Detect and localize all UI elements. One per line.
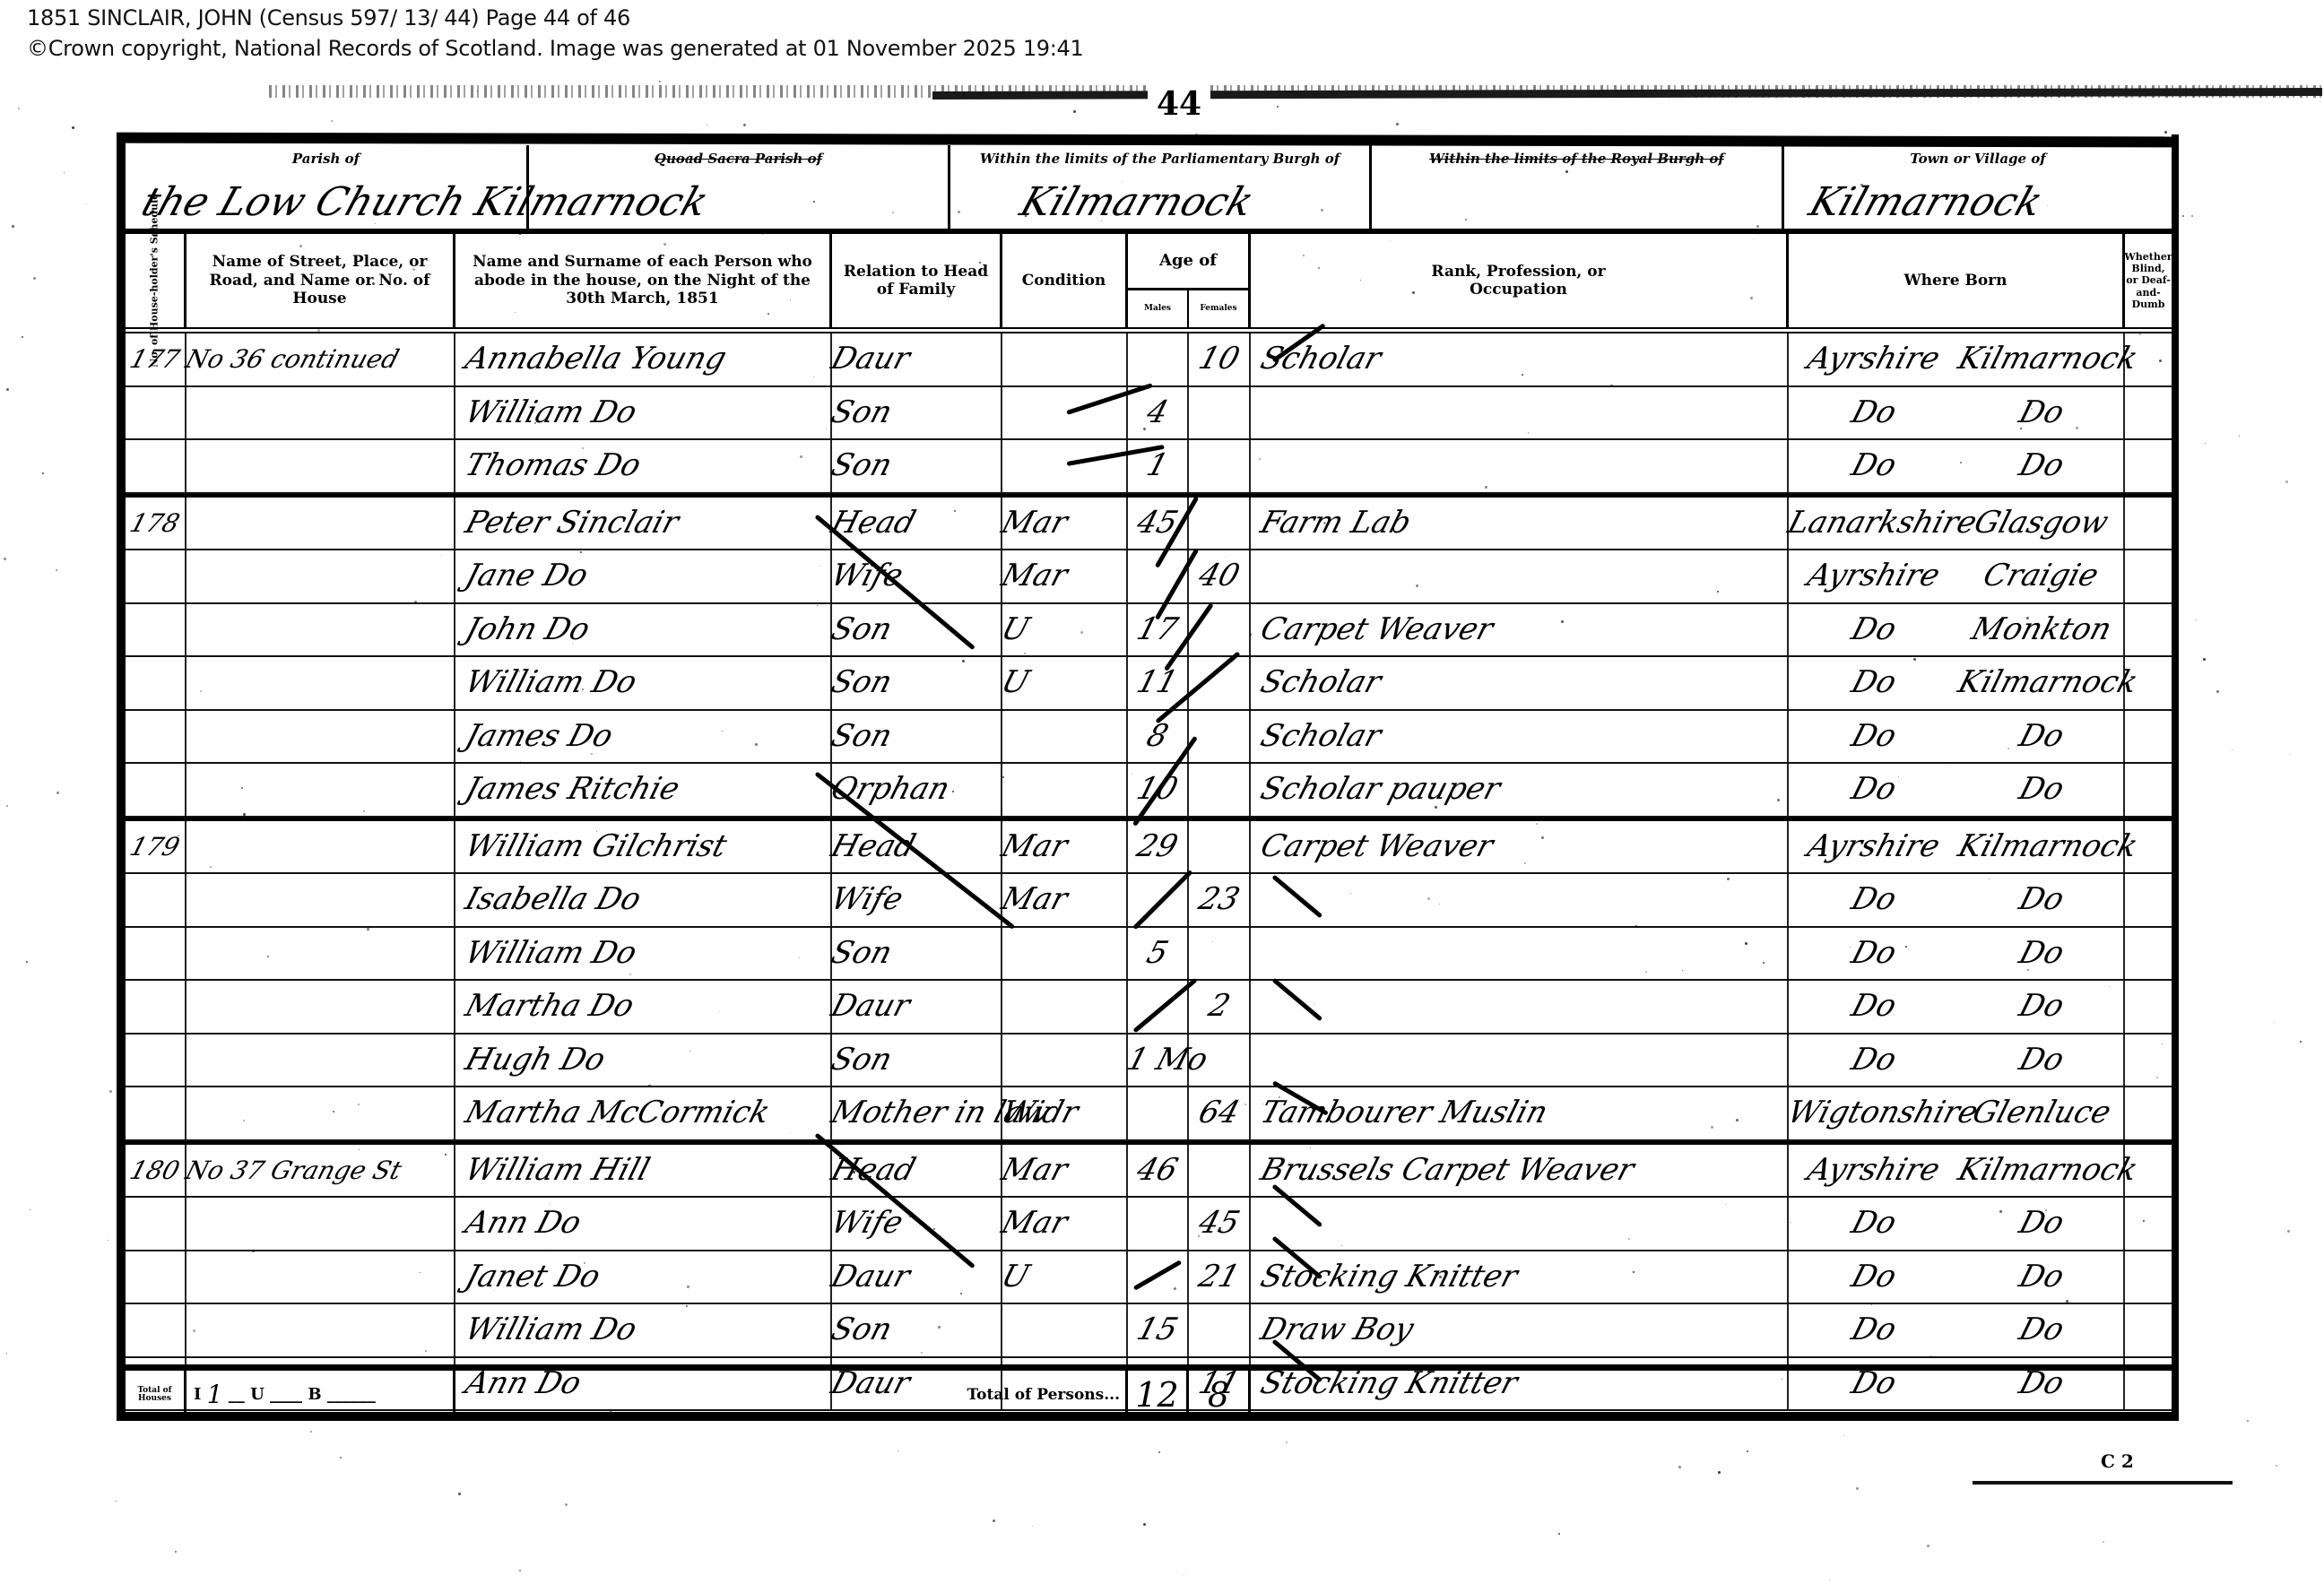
- birth-parish-cell: Glasgow: [1959, 498, 2125, 550]
- scan-speck: [108, 1240, 108, 1241]
- scan-speck: [1158, 1451, 1160, 1453]
- condition-cell: [1002, 440, 1128, 492]
- scan-speck: [1930, 1355, 1932, 1357]
- birth-parish-cell-text: Do: [2012, 1035, 2069, 1086]
- schedule-number-cell-text: 177: [124, 333, 186, 385]
- scan-speck: [518, 671, 520, 672]
- occupation-cell: [1251, 874, 1789, 926]
- scan-speck: [2109, 986, 2110, 987]
- scan-speck: [1565, 170, 1568, 173]
- condition-cell: [1002, 1035, 1128, 1087]
- scan-speck: [1964, 1303, 1964, 1303]
- scan-speck: [921, 1352, 923, 1354]
- scan-speck: [1153, 714, 1154, 715]
- scan-speck: [6, 388, 9, 391]
- schedule-number-cell: 180: [126, 1145, 186, 1197]
- scan-speck: [610, 1411, 611, 1413]
- scan-speck: [705, 1416, 707, 1418]
- scan-speck: [1101, 221, 1102, 221]
- scan-speck: [2066, 1300, 2068, 1303]
- birth-county-cell-text: Ayrshire: [1801, 333, 1947, 385]
- table-row: William DoSon5DoDo: [126, 928, 2172, 982]
- condition-cell-text: Mar: [995, 550, 1074, 602]
- relation-cell-text: Orphan: [825, 764, 956, 815]
- scan-speck: [689, 1051, 690, 1052]
- table-row: 180No 37 Grange StWilliam HillHeadMar46B…: [126, 1141, 2172, 1199]
- female-age-cell-text: 10: [1192, 333, 1246, 385]
- table-row: James DoSon8ScholarDoDo: [126, 711, 2172, 765]
- scan-speck: [1860, 184, 1863, 186]
- female-age-cell-text: 64: [1192, 1087, 1246, 1138]
- scan-speck: [1286, 1441, 1288, 1443]
- person-name-cell: Peter Sinclair: [455, 498, 832, 550]
- scan-speck: [2156, 1077, 2158, 1078]
- street-address-cell: [186, 387, 455, 439]
- scan-speck: [1989, 879, 1990, 879]
- col-header-occupation: Rank, Profession, or Occupation: [1251, 234, 1789, 327]
- town-village-value: Kilmarnock: [1804, 179, 2049, 225]
- scan-speck: [1725, 1204, 1726, 1205]
- scan-speck: [375, 223, 376, 224]
- occupation-cell: [1251, 1035, 1789, 1087]
- scan-speck: [425, 1350, 427, 1352]
- person-name-cell: James Do: [455, 711, 832, 763]
- scan-speck: [2159, 359, 2162, 362]
- relation-cell-text: Son: [825, 387, 898, 438]
- occupation-cell: Scholar: [1251, 657, 1789, 709]
- scan-speck: [6, 1353, 7, 1354]
- occupation-cell: Scholar: [1251, 333, 1789, 385]
- schedule-number-cell: [126, 1304, 186, 1356]
- relation-cell: Son: [832, 604, 1002, 656]
- birth-county-cell: Ayrshire: [1789, 333, 1959, 385]
- birth-county-cell: Do: [1789, 1251, 1959, 1303]
- scan-speck: [310, 1431, 312, 1433]
- condition-cell: Mar: [1002, 498, 1128, 550]
- scan-speck: [960, 1293, 962, 1294]
- blind-deaf-cell: [2125, 1145, 2172, 1197]
- occupation-cell-text: Farm Lab: [1254, 498, 1418, 549]
- birth-parish-cell-text: Kilmarnock: [1952, 821, 2144, 872]
- quoad-sacra-label: Quoad Sacra Parish of: [529, 151, 948, 167]
- birth-county-cell-text: Wigtonshire: [1782, 1087, 1984, 1138]
- relation-cell: Daur: [832, 333, 1002, 385]
- scan-speck: [909, 1216, 911, 1217]
- scan-speck: [813, 201, 815, 203]
- scan-speck: [2247, 1420, 2249, 1422]
- scan-speck: [1856, 1487, 1859, 1490]
- scan-speck: [2300, 1041, 2302, 1043]
- scan-speck: [18, 108, 20, 109]
- occupation-cell: Carpet Weaver: [1251, 604, 1789, 656]
- female-age-cell: [1189, 604, 1251, 656]
- street-address-cell: [186, 764, 455, 816]
- birth-parish-cell: Do: [1959, 1304, 2125, 1356]
- scan-speck: [762, 234, 763, 235]
- person-name-cell: William Do: [455, 657, 832, 709]
- scan-speck: [1250, 634, 1252, 636]
- scan-speck: [596, 831, 597, 832]
- table-row: William DoSonU11ScholarDoKilmarnock: [126, 657, 2172, 711]
- condition-cell: [1002, 333, 1128, 385]
- scan-speck: [1195, 134, 1198, 136]
- relation-cell-text: Son: [825, 604, 898, 655]
- table-row: John DoSonU17Carpet WeaverDoMonkton: [126, 604, 2172, 658]
- scan-speck: [1645, 971, 1647, 973]
- relation-cell-text: Wife: [825, 874, 909, 925]
- birth-county-cell-text: Do: [1845, 440, 1903, 491]
- birth-county-cell: Do: [1789, 928, 1959, 980]
- scan-speck: [790, 299, 791, 300]
- scan-speck: [2274, 1022, 2275, 1023]
- scan-speck: [254, 357, 255, 358]
- female-age-cell-text: 45: [1192, 1198, 1246, 1249]
- occupation-cell: Draw Boy: [1251, 1304, 1789, 1356]
- town-village-cell: Town or Village of Kilmarnock: [1784, 145, 2172, 229]
- person-name-cell-text: Janet Do: [459, 1251, 606, 1303]
- person-name-cell: Annabella Young: [455, 333, 832, 385]
- town-village-label: Town or Village of: [1784, 151, 2172, 167]
- person-name-cell: Janet Do: [455, 1251, 832, 1303]
- female-age-cell: 21: [1189, 1251, 1251, 1303]
- birth-county-cell: Do: [1789, 604, 1959, 656]
- scan-speck: [2103, 1541, 2104, 1543]
- street-address-cell: [186, 498, 455, 550]
- occupation-cell: Scholar pauper: [1251, 764, 1789, 816]
- scan-speck: [1750, 297, 1753, 299]
- birth-county-cell-text: Do: [1845, 1304, 1903, 1355]
- table-row: 178Peter SinclairHeadMar45Farm LabLanark…: [126, 494, 2172, 551]
- female-age-cell: [1189, 1304, 1251, 1356]
- female-age-cell: 45: [1189, 1198, 1251, 1250]
- scan-speck: [1717, 591, 1719, 593]
- scan-speck: [1390, 240, 1391, 241]
- male-age-cell-text: 45: [1131, 498, 1184, 549]
- condition-cell-text: Widr: [995, 1087, 1085, 1138]
- scan-speck: [1610, 385, 1613, 387]
- person-name-cell: John Do: [455, 604, 832, 656]
- scan-speck: [243, 1120, 245, 1121]
- scan-speck: [1212, 941, 1213, 942]
- scan-speck: [1753, 238, 1754, 239]
- scan-speck: [958, 1110, 958, 1111]
- col-header-schedule: No. of House-holder's Schedule: [126, 234, 186, 327]
- birth-parish-cell: Kilmarnock: [1959, 657, 2125, 709]
- blind-deaf-cell: [2125, 1198, 2172, 1250]
- schedule-number-cell: 179: [126, 821, 186, 873]
- total-houses-label: Total of Houses: [126, 1387, 184, 1403]
- female-age-cell-text: 21: [1192, 1251, 1246, 1303]
- condition-cell-text: Mar: [995, 498, 1074, 549]
- scan-speck: [580, 551, 582, 553]
- birth-county-cell-text: Do: [1845, 1035, 1903, 1086]
- scan-speck: [33, 277, 36, 280]
- form-mark: C 2: [2101, 1450, 2134, 1472]
- scan-speck: [1960, 462, 1962, 463]
- scan-speck: [1143, 1523, 1146, 1526]
- scan-speck: [915, 1118, 915, 1119]
- scan-speck: [2205, 443, 2206, 444]
- relation-cell: Son: [832, 1035, 1002, 1087]
- female-age-cell: [1189, 1145, 1251, 1197]
- birth-county-cell-text: Do: [1845, 874, 1903, 925]
- person-name-cell: Ann Do: [455, 1198, 832, 1250]
- building-label: B: [308, 1385, 321, 1404]
- relation-cell: Son: [832, 711, 1002, 763]
- scan-speck: [962, 660, 965, 662]
- scan-speck: [1259, 458, 1261, 460]
- col-header-age: Age of Males Females: [1128, 234, 1251, 327]
- scan-speck: [1718, 1471, 1721, 1474]
- condition-cell: Mar: [1002, 821, 1128, 873]
- scan-speck: [2232, 749, 2233, 750]
- blind-deaf-cell: [2125, 550, 2172, 602]
- occupation-cell: Stocking Knitter: [1251, 1251, 1789, 1303]
- scan-speck: [1678, 1466, 1681, 1468]
- street-address-cell-text: No 37 Grange St: [179, 1145, 408, 1196]
- person-name-cell: William Do: [455, 928, 832, 980]
- scan-speck: [441, 555, 442, 556]
- col-header-age-of: Age of: [1128, 234, 1248, 290]
- female-age-cell: 64: [1189, 1087, 1251, 1139]
- birth-county-cell: Ayrshire: [1789, 1145, 1959, 1197]
- scan-speck: [1747, 1450, 1748, 1452]
- col-header-condition: Condition: [1002, 234, 1128, 327]
- relation-cell-text: Son: [825, 928, 898, 979]
- scan-speck: [1184, 1574, 1184, 1575]
- scan-speck: [519, 1570, 521, 1571]
- condition-cell-text: Mar: [995, 1145, 1074, 1196]
- scan-speck: [857, 786, 858, 787]
- scan-speck: [445, 1154, 447, 1156]
- relation-cell-text: Daur: [825, 1251, 916, 1303]
- scan-speck: [1073, 110, 1076, 113]
- birth-parish-cell: Do: [1959, 981, 2125, 1033]
- birth-parish-cell: Do: [1959, 1251, 2125, 1303]
- female-age-cell: [1189, 764, 1251, 816]
- table-row: Isabella DoWifeMar23DoDo: [126, 874, 2172, 928]
- scan-speck: [1829, 1580, 1830, 1580]
- birth-parish-cell: Do: [1959, 387, 2125, 439]
- scan-speck: [892, 212, 894, 213]
- scan-speck: [420, 1272, 421, 1273]
- scan-speck: [659, 81, 661, 82]
- scan-speck: [519, 233, 521, 235]
- person-name-cell: Jane Do: [455, 550, 832, 602]
- birth-county-cell: Do: [1789, 981, 1959, 1033]
- scan-speck: [367, 928, 369, 931]
- table-row: Ann DoWifeMar45DoDo: [126, 1198, 2172, 1251]
- male-age-cell-text: 46: [1131, 1145, 1184, 1196]
- scan-speck: [193, 1329, 195, 1332]
- schedule-number-cell: [126, 604, 186, 656]
- scan-speck: [414, 601, 417, 603]
- scan-speck: [340, 1457, 342, 1459]
- scan-speck: [1843, 1435, 1844, 1436]
- blind-deaf-cell: [2125, 387, 2172, 439]
- scan-speck: [952, 791, 954, 792]
- scan-speck: [178, 835, 179, 836]
- scan-speck: [1032, 1526, 1033, 1527]
- col-header-relation: Relation to Head of Family: [832, 234, 1002, 327]
- male-age-cell: 29: [1128, 821, 1189, 873]
- condition-cell: [1002, 764, 1128, 816]
- parish-header-row: Parish of the Low Church Kilmarnock Quoa…: [126, 145, 2172, 234]
- parliamentary-burgh-cell: Within the limits of the Parliamentary B…: [950, 145, 1372, 229]
- scan-speck: [1465, 219, 1467, 221]
- scan-speck: [2164, 131, 2167, 134]
- person-name-cell: William Gilchrist: [455, 821, 832, 873]
- birth-county-cell-text: Do: [1845, 387, 1903, 438]
- female-age-cell: [1189, 1035, 1251, 1087]
- scan-speck: [1412, 291, 1415, 294]
- condition-cell: Mar: [1002, 874, 1128, 926]
- schedule-number-cell: [126, 387, 186, 439]
- scan-speck: [1416, 584, 1418, 587]
- person-name-cell: William Hill: [455, 1145, 832, 1197]
- scan-speck: [722, 731, 723, 732]
- scan-speck: [56, 792, 59, 794]
- scan-speck: [550, 1204, 551, 1205]
- scan-speck: [1341, 1245, 1342, 1246]
- birth-parish-cell-text: Monkton: [1964, 604, 2117, 655]
- relation-cell-text: Son: [825, 711, 898, 762]
- person-name-cell-text: Hugh Do: [459, 1035, 611, 1086]
- scan-speck: [1245, 230, 1248, 233]
- scan-speck: [813, 377, 814, 377]
- scan-speck: [707, 125, 707, 126]
- schedule-number-cell: [126, 928, 186, 980]
- scan-speck: [1303, 255, 1305, 256]
- birth-county-cell: Lanarkshire: [1789, 498, 1959, 550]
- male-age-cell-text: 11: [1131, 657, 1184, 708]
- person-name-cell: Hugh Do: [455, 1035, 832, 1087]
- female-age-cell: [1189, 928, 1251, 980]
- street-address-cell: [186, 657, 455, 709]
- birth-parish-cell-text: Glasgow: [1968, 498, 2114, 549]
- schedule-number-cell: [126, 1035, 186, 1087]
- street-address-cell: No 37 Grange St: [186, 1145, 455, 1197]
- male-age-cell-text: 15: [1131, 1304, 1184, 1355]
- person-name-cell-text: Thomas Do: [459, 440, 647, 491]
- street-address-cell: [186, 1198, 455, 1250]
- birth-county-cell: Do: [1789, 1304, 1959, 1356]
- table-row: Martha McCormickMother in lawWidr64Tambo…: [126, 1087, 2172, 1141]
- col-header-females: Females: [1189, 290, 1248, 327]
- birth-county-cell: Ayrshire: [1789, 821, 1959, 873]
- birth-county-cell: Do: [1789, 387, 1959, 439]
- birth-county-cell-text: Do: [1845, 604, 1903, 655]
- female-age-cell: [1189, 498, 1251, 550]
- birth-parish-cell-text: Kilmarnock: [1952, 657, 2144, 708]
- col-header-name: Name and Surname of each Person who abod…: [455, 234, 832, 327]
- table-row: James RitchieOrphan10Scholar pauperDoDo: [126, 764, 2172, 818]
- scan-speck: [1262, 1104, 1263, 1104]
- scan-speck: [2031, 408, 2033, 410]
- scan-speck: [963, 93, 965, 95]
- scan-speck: [412, 268, 415, 271]
- scan-speck: [2027, 969, 2029, 971]
- parliamentary-burgh-value: Kilmarnock: [1015, 179, 1260, 225]
- person-name-cell: William Do: [455, 1304, 832, 1356]
- occupation-cell: Farm Lab: [1251, 498, 1789, 550]
- condition-cell: [1002, 387, 1128, 439]
- table-row: Jane DoWifeMar40AyrshireCraigie: [126, 550, 2172, 604]
- table-row: William DoSon15Draw BoyDoDo: [126, 1304, 2172, 1358]
- scan-speck: [156, 235, 158, 237]
- street-address-cell: [186, 550, 455, 602]
- col-header-street: Name of Street, Place, or Road, and Name…: [186, 234, 455, 327]
- birth-parish-cell-text: Do: [2012, 440, 2069, 491]
- scan-speck: [979, 262, 981, 264]
- blind-deaf-cell: [2125, 657, 2172, 709]
- scan-speck: [175, 1551, 177, 1553]
- male-age-cell: [1128, 333, 1189, 385]
- scan-speck: [2182, 215, 2184, 217]
- schedule-number-cell-text: 180: [124, 1145, 186, 1196]
- condition-cell-text: Mar: [995, 821, 1074, 872]
- street-address-cell: [186, 1304, 455, 1356]
- condition-cell: U: [1002, 604, 1128, 656]
- scan-speck: [767, 313, 769, 315]
- scan-speck: [600, 1124, 601, 1125]
- condition-cell-text: Mar: [995, 1198, 1074, 1249]
- scan-speck: [569, 264, 570, 265]
- scan-speck: [359, 1149, 360, 1150]
- occupation-cell: [1251, 981, 1789, 1033]
- street-address-cell: No 36 continued: [186, 333, 455, 385]
- male-age-cell-text: 4: [1140, 387, 1175, 438]
- scan-speck: [1350, 893, 1351, 894]
- female-age-cell: 40: [1189, 550, 1251, 602]
- scan-speck: [26, 961, 28, 963]
- blind-deaf-cell: [2125, 1304, 2172, 1356]
- scan-speck: [120, 503, 122, 505]
- scan-speck: [458, 1493, 461, 1495]
- scan-speck: [12, 225, 14, 228]
- condition-cell: U: [1002, 657, 1128, 709]
- scan-speck: [2047, 205, 2048, 206]
- scan-speck: [1054, 1225, 1054, 1226]
- scan-speck: [1736, 1119, 1739, 1121]
- relation-cell-text: Son: [825, 657, 898, 708]
- birth-parish-cell: Craigie: [1959, 550, 2125, 602]
- scan-speck: [1635, 925, 1637, 927]
- scan-speck: [477, 91, 478, 91]
- scan-speck: [1318, 267, 1320, 269]
- scan-speck: [799, 957, 800, 958]
- relation-cell-text: Son: [825, 440, 898, 491]
- female-age-cell: [1189, 440, 1251, 492]
- birth-parish-cell: Kilmarnock: [1959, 333, 2125, 385]
- scan-speck: [2320, 101, 2321, 102]
- female-age-cell: 10: [1189, 333, 1251, 385]
- birth-parish-cell-text: Do: [2012, 1251, 2069, 1303]
- scan-speck: [1321, 209, 1323, 212]
- scan-speck: [2196, 619, 2197, 620]
- scan-speck: [572, 643, 573, 644]
- scan-speck: [819, 566, 820, 567]
- birth-county-cell-text: Do: [1845, 1198, 1903, 1249]
- scan-speck: [1782, 1379, 1782, 1380]
- person-name-cell: Thomas Do: [455, 440, 832, 492]
- scan-speck: [252, 1250, 255, 1252]
- birth-parish-cell: Do: [1959, 1198, 2125, 1250]
- scan-speck: [1143, 428, 1146, 430]
- occupation-cell: [1251, 440, 1789, 492]
- condition-cell: U: [1002, 1251, 1128, 1303]
- table-row: Martha DoDaur2DoDo: [126, 981, 2172, 1035]
